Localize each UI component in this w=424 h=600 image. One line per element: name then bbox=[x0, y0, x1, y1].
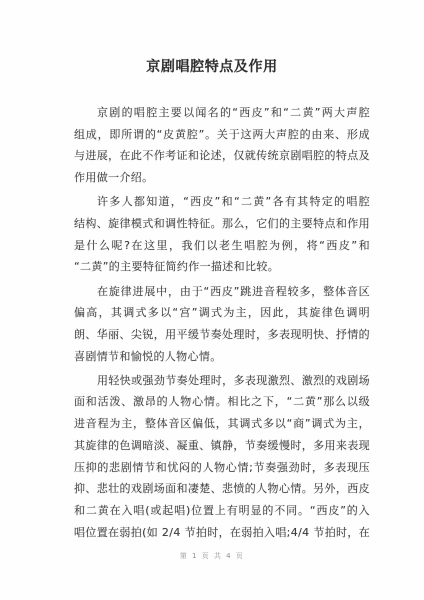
text-line: 进音程为主，整体音区偏低，其调式多以“商”调式为主， bbox=[74, 413, 370, 435]
text-line: 面和活泼、激昂的人物心情。相比之下，“二黄”那么以级 bbox=[74, 391, 370, 413]
paragraph-3: 在旋律进展中，由于“西皮”跳进音程较多，整体音区 偏高，其调式多以“宫”调式为主… bbox=[74, 281, 370, 368]
paragraph-1: 京剧的唱腔主要以闻名的“西皮”和“二黄”两大声腔 组成，即所谓的“皮黄腔”。关于… bbox=[74, 102, 370, 189]
text-line: 偏高，其调式多以“宫”调式为主，因此，其旋律色调明 bbox=[74, 302, 370, 324]
text-line: “二黄”的主要特征简约作一描述和比较。 bbox=[74, 256, 370, 278]
text-line: 其旋律的色调暗淡、凝重、镇静，节奏缓慢时，多用来表现 bbox=[74, 435, 370, 457]
document-title: 京剧唱腔特点及作用 bbox=[0, 58, 424, 77]
text-line: 压抑的悲剧情节和忧闷的人物心情;节奏强劲时，多表现压 bbox=[74, 457, 370, 479]
text-line: 作用做一介绍。 bbox=[74, 167, 370, 189]
document-body: 京剧的唱腔主要以闻名的“西皮”和“二黄”两大声腔 组成，即所谓的“皮黄腔”。关于… bbox=[74, 102, 370, 543]
text-line: 抑、悲壮的戏剧场面和凄楚、悲愤的人物心情。另外，西皮 bbox=[74, 478, 370, 500]
text-line: 组成，即所谓的“皮黄腔”。关于这两大声腔的由来、形成 bbox=[74, 124, 370, 146]
text-line: 与进展，在此不作考证和论述，仅就传统京剧唱腔的特点及 bbox=[74, 145, 370, 167]
text-line: 在旋律进展中，由于“西皮”跳进音程较多，整体音区 bbox=[74, 281, 370, 303]
paragraph-4: 用轻快或强劲节奏处理时，多表现激烈、激烈的戏剧场 面和活泼、激昂的人物心情。相比… bbox=[74, 370, 370, 544]
document-page: 京剧唱腔特点及作用 京剧的唱腔主要以闻名的“西皮”和“二黄”两大声腔 组成，即所… bbox=[0, 0, 424, 600]
text-line: 京剧的唱腔主要以闻名的“西皮”和“二黄”两大声腔 bbox=[74, 102, 370, 124]
paragraph-2: 许多人都知道，“西皮”和“二黄”各有其特定的唱腔 结构、旋律模式和调性特征。那么… bbox=[74, 191, 370, 278]
text-line: 唱位置在弱拍(如 2/4 节拍时，在弱拍入唱;4/4 节拍时，在 bbox=[74, 522, 370, 544]
text-line: 许多人都知道，“西皮”和“二黄”各有其特定的唱腔 bbox=[74, 191, 370, 213]
text-line: 用轻快或强劲节奏处理时，多表现激烈、激烈的戏剧场 bbox=[74, 370, 370, 392]
text-line: 和二黄在入唱(或起唱)位置上有明显的不同。“西皮”的入 bbox=[74, 500, 370, 522]
text-line: 是什么呢?在这里，我们以老生唱腔为例，将“西皮”和 bbox=[74, 235, 370, 257]
page-number: 第 1 页 共 4 页 bbox=[0, 549, 424, 563]
text-line: 喜剧情节和愉悦的人物心情。 bbox=[74, 346, 370, 368]
text-line: 结构、旋律模式和调性特征。那么，它们的主要特点和作用 bbox=[74, 213, 370, 235]
text-line: 朗、华丽、尖锐，用平缓节奏处理时，多表现明快、抒情的 bbox=[74, 324, 370, 346]
